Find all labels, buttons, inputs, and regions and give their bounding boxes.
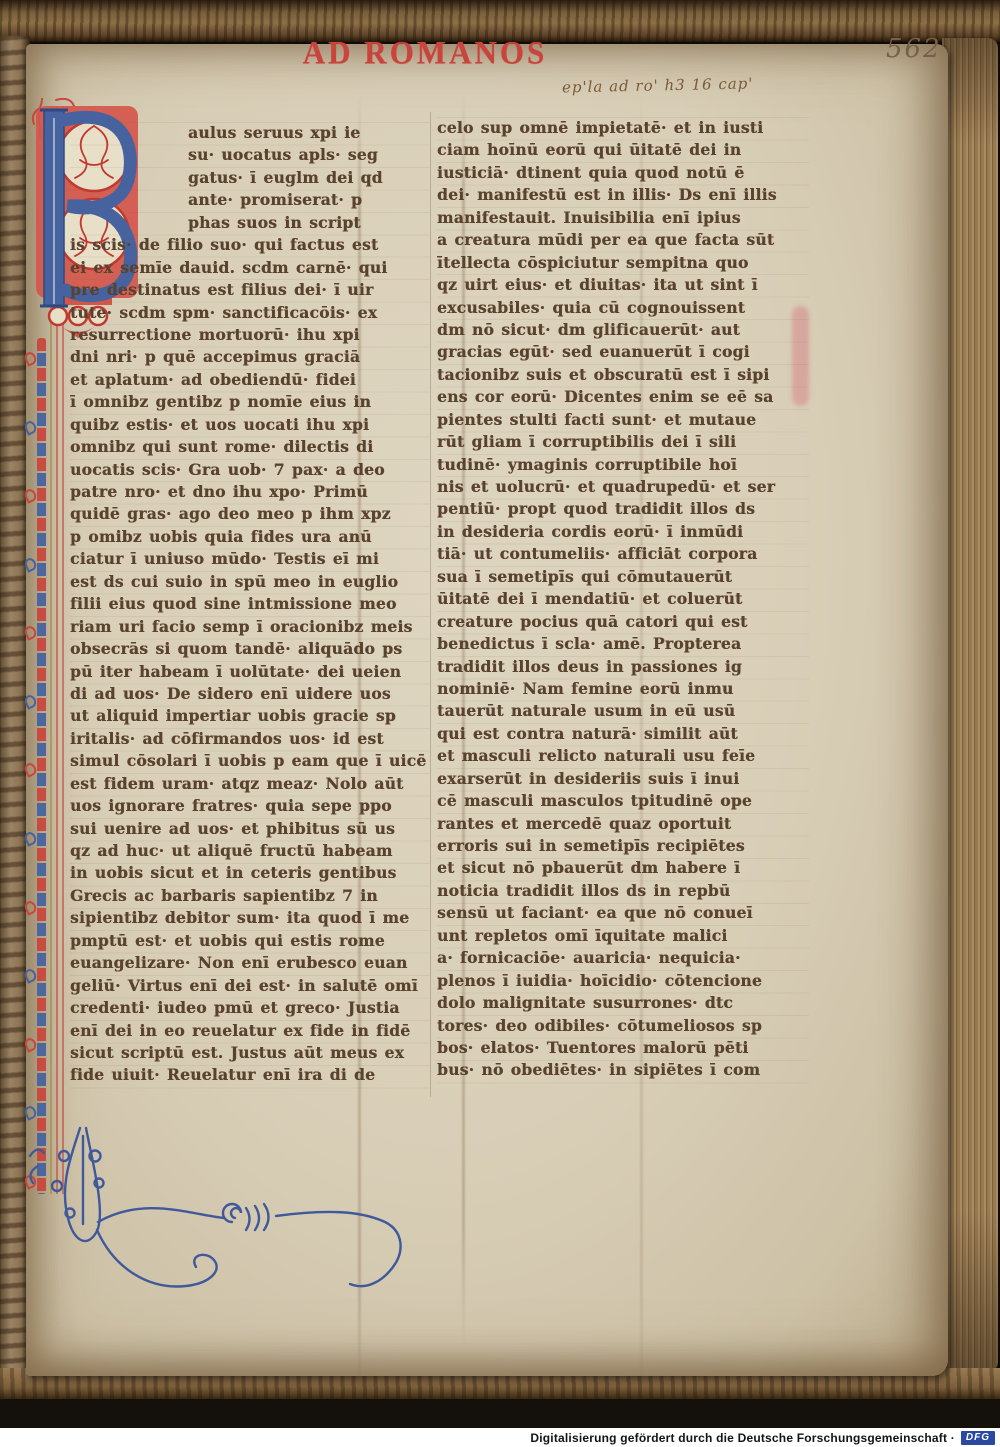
text-line: sensū ut faciant· ea que nō conueī	[437, 902, 809, 924]
text-line: Grecis ac barbaris sapientibz 7 in	[70, 885, 430, 907]
text-line: celo sup omnē impietatē· et in iusti	[437, 117, 809, 139]
text-line: geliū· Virtus enī dei est· in salutē omī	[70, 975, 430, 997]
text-line: aulus seruus xpi ie	[70, 122, 430, 144]
text-column-1: aulus seruus xpi iesu· uocatus apls· seg…	[70, 122, 430, 1090]
text-line: ī omnibz gentibz p nomīe eius in	[70, 391, 430, 413]
text-line: euangelizare· Non enī erubesco euan	[70, 952, 430, 974]
text-line: in uobis sicut et in ceteris gentibus	[70, 862, 430, 884]
text-line: creature pocius quā catori qui est	[437, 611, 809, 633]
text-line: plenos ī iuidia· hoīcidio· cōtencione	[437, 970, 809, 992]
credit-text: Digitalisierung gefördert durch die Deut…	[530, 1431, 955, 1445]
folio-number: 562	[886, 34, 942, 64]
text-line: sui uenire ad uos· et phibitus sū us	[70, 818, 430, 840]
text-line: est ds cui suio in spū meo in euglio	[70, 571, 430, 593]
text-line: dni nri· p quē accepimus graciā	[70, 346, 430, 368]
text-line: a creatura mūdi per ea que facta sūt	[437, 229, 809, 251]
text-line: excusabiles· quia cū cognouissent	[437, 297, 809, 319]
text-line: ūitatē dei ī mendatiū· et coluerūt	[437, 588, 809, 610]
text-line: fide uiuit· Reuelatur enī ira di de	[70, 1064, 430, 1086]
text-line: ciam hoīnū eorū qui ūitatē dei in	[437, 139, 809, 161]
text-line: noticia tradidit illos ds in repbū	[437, 880, 809, 902]
margin-teardrop-dots	[23, 352, 37, 1188]
margin-zigzag-band	[37, 338, 46, 1194]
running-title: AD ROMANOS	[285, 35, 565, 71]
text-line: erroris sui in semetipīs recipiētes	[437, 835, 809, 857]
text-line: omnibz qui sunt rome· dilectis di	[70, 436, 430, 458]
text-line: pre destinatus est filius dei· ī uir	[70, 279, 430, 301]
text-line: qz ad huc· ut aliquē fructū habeam	[70, 840, 430, 862]
text-line: sipientibz debitor sum· ita quod ī me	[70, 907, 430, 929]
text-line: tauerūt naturale usum in eū usū	[437, 700, 809, 722]
penwork-flourish	[26, 1126, 416, 1316]
text-line: in desideria cordis eorū· ī inmūdi	[437, 521, 809, 543]
text-line: rūt gliam ī corruptibilis dei ī sili	[437, 431, 809, 453]
text-line: dm nō sicut· dm glificauerūt· aut	[437, 319, 809, 341]
text-line: uos ignorare fratres· quia sepe ppo	[70, 795, 430, 817]
text-line: ens cor eorū· Dicentes enim se eē sa	[437, 386, 809, 408]
text-line: pmptū est· et uobis qui estis rome	[70, 930, 430, 952]
text-line: obsecrās si quom tandē· aliquādo ps	[70, 638, 430, 660]
text-line: qz uirt eius· et diuitas· ita ut sint ī	[437, 274, 809, 296]
text-line: riam uri facio semp ī oracionibz meis	[70, 616, 430, 638]
text-line: tute· scdm spm· sanctificacōis· ex	[70, 302, 430, 324]
text-line: pentiū· propt quod tradidit illos ds	[437, 498, 809, 520]
text-line: simul cōsolari ī uobis p eam que ī uicē	[70, 750, 430, 772]
text-line: su· uocatus apls· seg	[70, 144, 430, 166]
text-line: quidē gras· ago deo meo p ihm xpz	[70, 503, 430, 525]
text-line: credenti· iudeo pmū et greco· Justia	[70, 997, 430, 1019]
dfg-logo: DFG	[961, 1431, 995, 1445]
text-line: ītellecta cōspiciutur sempitna quo	[437, 252, 809, 274]
text-line: benedictus ī scla· amē. Propterea	[437, 633, 809, 655]
text-line: ante· promiserat· p	[70, 189, 430, 211]
text-line: sua ī semetipīs qui cōmutauerūt	[437, 566, 809, 588]
text-line: phas suos in script	[70, 212, 430, 234]
text-line: sicut scriptū est. Justus aūt meus ex	[70, 1042, 430, 1064]
text-line: ciatur ī uniuso mūdo· Testis eī mi	[70, 548, 430, 570]
text-line: iusticiā· dtinent quia quod notū ē	[437, 162, 809, 184]
text-line: manifestauit. Inuisibilia enī ipius	[437, 207, 809, 229]
text-line: quibz estis· et uos uocati ihu xpi	[70, 414, 430, 436]
text-line: est fidem uram· atqz meaz· Nolo aūt	[70, 773, 430, 795]
text-line: gatus· ī euglm dei qd	[70, 167, 430, 189]
text-line: dolo malignitate susurrones· dtc	[437, 992, 809, 1014]
text-line: tradidit illos deus in passiones ig	[437, 656, 809, 678]
text-line: p omibz uobis quia fides ura anū	[70, 526, 430, 548]
text-line: patre nro· et dno ihu xpo· Primū	[70, 481, 430, 503]
column-divider-line	[430, 112, 431, 1097]
text-line: nis et uolucrū· et quadrupedū· et ser	[437, 476, 809, 498]
text-line: tacionibz suis et obscuratū est ī sipi	[437, 364, 809, 386]
text-line: ut aliquid impertiar uobis gracie sp	[70, 705, 430, 727]
text-line: tores· deo odibiles· cōtumeliosos sp	[437, 1015, 809, 1037]
page-stack-fore-edge	[942, 38, 998, 1372]
text-line: et masculi relicto naturali usu feīe	[437, 745, 809, 767]
text-line: pū iter habeam ī uolūtate· dei ueien	[70, 661, 430, 683]
text-line: enī dei in eo reuelatur ex fide in fidē	[70, 1020, 430, 1042]
text-line: qui est contra naturā· similit aūt	[437, 723, 809, 745]
text-line: pientes stulti facti sunt· et mutaue	[437, 409, 809, 431]
text-line: uocatis scis· Gra uob· 7 pax· a deo	[70, 459, 430, 481]
text-line: resurrectione mortuorū· ihu xpi	[70, 324, 430, 346]
text-line: et sicut nō pbauerūt dm habere ī	[437, 857, 809, 879]
text-line: tiā· ut contumeliis· afficiāt corpora	[437, 543, 809, 565]
text-line: a· fornicaciōe· auaricia· nequicia·	[437, 947, 809, 969]
text-line: filii eius quod sine intmissione meo	[70, 593, 430, 615]
text-column-2: celo sup omnē impietatē· et in iusticiam…	[437, 117, 809, 1085]
text-line: dei· manifestū est in illis· Ds enī illi…	[437, 184, 809, 206]
text-line: nominiē· Nam femine eorū inmu	[437, 678, 809, 700]
text-line: bus· nō obediētes· in sipiētes ī com	[437, 1059, 809, 1081]
text-line: rantes et mercedē quaz oportuit	[437, 813, 809, 835]
text-line: et aplatum· ad obediendū· fidei	[70, 369, 430, 391]
text-line: cē masculi masculos tpitudinē ope	[437, 790, 809, 812]
text-line: ei ex semīe dauid. scdm carnē· qui	[70, 257, 430, 279]
photo-background	[0, 1399, 1000, 1428]
text-line: unt repletos omī īquitate malici	[437, 925, 809, 947]
text-line: iritalis· ad cōfirmandos uos· id est	[70, 728, 430, 750]
text-line: tudinē· ymaginis corruptibile hoī	[437, 454, 809, 476]
text-line: exarserūt in desideriis suis ī inui	[437, 768, 809, 790]
text-line: bos· elatos· Tuentores malorū pēti	[437, 1037, 809, 1059]
text-line: di ad uos· De sidero enī uidere uos	[70, 683, 430, 705]
text-line: is scis· de filio suo· qui factus est	[70, 234, 430, 256]
text-line: gracias egūt· sed euanuerūt ī cogi	[437, 341, 809, 363]
digitization-credit-bar: Digitalisierung gefördert durch die Deut…	[0, 1428, 1000, 1447]
